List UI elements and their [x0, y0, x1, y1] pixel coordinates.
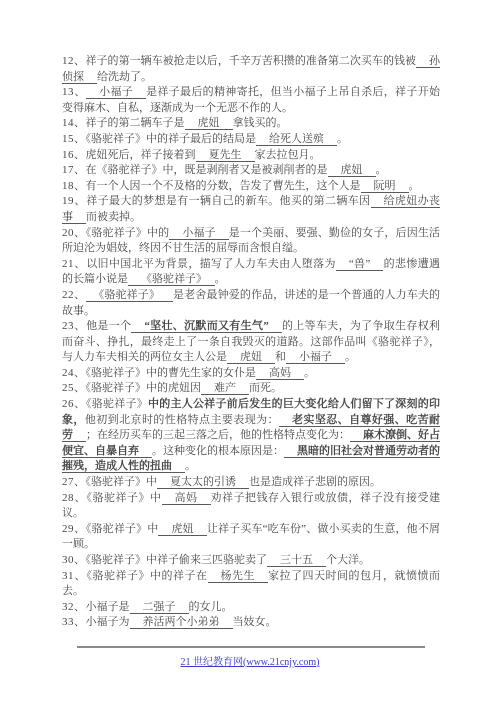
question-text: 。	[337, 133, 348, 145]
answer-blank: 三十五	[267, 554, 326, 567]
question-text: 祥子的第一辆车被抢走以后，千辛万苦积攒的准备第二次买车的钱被	[86, 55, 416, 67]
question-item: 13、小福子是祥子最后的精神寄托，但当小福子上吊自杀后，祥子开始变得麻木、自私，…	[62, 85, 440, 116]
answer-blank: 小福子	[286, 351, 345, 364]
question-text: 小福子为	[86, 616, 130, 628]
question-item: 22、《骆驼祥子》是老舍最钟爱的作品，讲述的是一个普通的人力车夫的故事。	[62, 288, 440, 319]
answer-blank: 虎妞	[185, 117, 233, 130]
answer-blank: 养活两个小弟弟	[130, 616, 233, 629]
answer-blank: 夏太太的引诱	[157, 476, 249, 489]
footer-divider	[77, 646, 425, 648]
answer-blank: 高妈	[256, 367, 304, 380]
answer-blank: “兽”	[336, 258, 383, 271]
answer-blank: 小福子	[86, 86, 146, 99]
question-number: 33、	[62, 616, 86, 628]
answer-blank: 难产	[201, 382, 249, 395]
question-text: 《骆驼祥子》中的祥子最后的结局是	[86, 133, 257, 145]
question-text: 。	[215, 273, 226, 285]
answer-blank: 给死人送殡	[256, 133, 337, 146]
question-number: 17、	[62, 164, 86, 176]
question-text: 《骆驼祥子》中	[86, 476, 158, 488]
footer-site-link[interactable]: 21 世纪教育网(www.21cnjy.com)	[181, 657, 320, 668]
question-item: 32、小福子是二强子的女儿。	[62, 600, 440, 616]
footer: 21 世纪教育网(www.21cnjy.com)	[0, 652, 500, 670]
question-text: 《骆驼祥子》中	[86, 523, 159, 535]
question-text: ；在经历买车的三起三落之后，他的性格特点变化为：	[86, 429, 350, 441]
question-item: 25、《骆驼祥子》中的虎妞因难产而死。	[62, 381, 440, 397]
question-item: 31、《骆驼祥子》中的祥子在杨先生家拉了四天时间的包月，就愤愤而去。	[62, 569, 440, 600]
question-text: 当妓女。	[233, 616, 277, 628]
question-text: 的女儿。	[189, 601, 233, 613]
question-text: 给洗劫了。	[97, 71, 152, 83]
answer-blank: 高妈	[162, 492, 211, 505]
answer-blank: 阮明	[361, 180, 409, 193]
question-item: 20、《骆驼祥子》中的小福子是一个美丽、要强、勤俭的女子，后因生活所迫沦为娼妓，…	[62, 226, 440, 257]
question-text: 祥子的第二辆车子是	[86, 117, 185, 129]
question-text: 《骆驼祥子》中的	[86, 227, 170, 239]
question-text: 《骆驼祥子》中	[87, 492, 162, 504]
question-item: 16、虎妞死后，祥子接着到夏先生家去拉包月。	[62, 148, 440, 164]
question-number: 16、	[62, 149, 86, 161]
question-text: 也是造成祥子悲剧的原因。	[249, 476, 381, 488]
question-number: 18、	[62, 180, 86, 192]
question-item: 19、祥子最大的梦想是有一辆自己的新车。他买的第二辆车因给虎妞办丧事而被卖掉。	[62, 194, 440, 225]
question-text: 个大洋。	[326, 554, 370, 566]
question-item: 21、以旧中国北平为背景，描写了人力车夫由人堕落为“兽”的悲惨遭遇的长篇小说是《…	[62, 257, 440, 288]
question-text: 而被卖掉。	[86, 211, 141, 223]
question-text: 家去拉包月。	[255, 149, 321, 161]
question-text: 。	[185, 460, 196, 472]
question-item: 30、《骆驼祥子》中祥子偷来三匹骆驼卖了三十五个大洋。	[62, 553, 440, 569]
question-text: 。这种变化的根本原因是：	[152, 445, 284, 457]
question-number: 29、	[62, 523, 86, 535]
answer-blank: 《骆驼祥子》	[128, 273, 215, 286]
question-text: 《骆驼祥子》中祥子偷来三匹骆驼卖了	[86, 554, 268, 566]
question-number: 31、	[62, 570, 87, 582]
question-number: 26、	[62, 398, 86, 410]
question-number: 30、	[62, 554, 86, 566]
question-number: 15、	[62, 133, 86, 145]
question-item: 27、《骆驼祥子》中夏太太的引诱也是造成祥子悲剧的原因。	[62, 475, 440, 491]
question-text: 而死。	[249, 382, 282, 394]
question-item: 14、祥子的第二辆车子是虎妞拿钱买的。	[62, 116, 440, 132]
question-number: 22、	[62, 289, 86, 301]
question-item: 15、《骆驼祥子》中的祥子最后的结局是给死人送殡。	[62, 132, 440, 148]
question-text: 《骆驼祥子》中的曹先生家的女仆是	[86, 367, 257, 379]
question-item: 28、《骆驼祥子》中高妈劝祥子把钱存入银行或放债，祥子没有接受建议。	[62, 491, 440, 522]
question-text: 以旧中国北平为背景，描写了人力车夫由人堕落为	[86, 258, 336, 270]
question-item: 24、《骆驼祥子》中的曹先生家的女仆是高妈。	[62, 366, 440, 382]
question-number: 21、	[62, 258, 86, 270]
question-text: 祥子最大的梦想是有一辆自己的新车。他买的第二辆车因	[86, 195, 370, 207]
question-number: 25、	[62, 382, 86, 394]
question-text: 小福子是	[86, 601, 130, 613]
answer-blank: 二强子	[130, 601, 189, 614]
question-number: 23、	[62, 320, 86, 332]
question-text: 。	[376, 164, 387, 176]
answer-blank: 《骆驼祥子》	[86, 289, 173, 302]
worksheet-page: { "page": { "background": "#ffffff", "te…	[0, 0, 500, 707]
question-number: 12、	[62, 55, 86, 67]
answer-blank: “坚壮、沉默而又有生气”	[131, 320, 281, 333]
answer-blank: 夏先生	[196, 149, 255, 162]
question-text: 他是一个	[86, 320, 131, 332]
question-number: 32、	[62, 601, 86, 613]
question-number: 28、	[62, 492, 87, 504]
question-text: 。	[304, 367, 315, 379]
question-text: 他初到北京时的性格特点主要表现为：	[85, 414, 279, 426]
answer-blank: 虎妞	[328, 164, 376, 177]
question-text: 《骆驼祥子》中的祥子在	[87, 570, 208, 582]
question-number: 19、	[62, 195, 86, 207]
question-number: 27、	[62, 476, 86, 488]
question-item: 12、祥子的第一辆车被抢走以后，千辛万苦积攒的准备第二次买车的钱被孙侦探给洗劫了…	[62, 54, 440, 85]
question-text: 《骆驼祥子》	[86, 398, 148, 410]
question-item: 17、在《骆驼祥子》中，既是剥削者又是被剥削者的是虎妞。	[62, 163, 440, 179]
question-text: 拿钱买的。	[233, 117, 288, 129]
question-text: 虎妞死后，祥子接着到	[86, 149, 196, 161]
question-item: 23、他是一个“坚壮、沉默而又有生气”的上等车夫，为了争取生存权利而奋斗、挣扎，…	[62, 319, 440, 366]
question-list: 12、祥子的第一辆车被抢走以后，千辛万苦积攒的准备第二次买车的钱被孙侦探给洗劫了…	[62, 54, 440, 631]
question-number: 14、	[62, 117, 86, 129]
question-item: 29、《骆驼祥子》中虎妞让祥子买车“吃车份”、做小买卖的生意，他不屑一顾。	[62, 522, 440, 553]
question-text: 有一个人因一个不及格的分数，告发了曹先生，这个人是	[86, 180, 361, 192]
answer-blank: 虎妞	[227, 351, 275, 364]
question-number: 24、	[62, 367, 86, 379]
question-text: 在《骆驼祥子》中，既是剥削者又是被剥削者的是	[86, 164, 328, 176]
question-text: 。	[345, 351, 356, 363]
answer-blank: 虎妞	[158, 523, 206, 536]
question-text: 和	[275, 351, 286, 363]
question-item: 26、《骆驼祥子》中的主人公祥子前后发生的巨大变化给人们留下了深刻的印象，他初到…	[62, 397, 440, 475]
answer-blank: 小福子	[169, 227, 228, 240]
question-item: 33、小福子为养活两个小弟弟当妓女。	[62, 615, 440, 631]
question-text: 。	[409, 180, 420, 192]
question-number: 20、	[62, 227, 86, 239]
question-item: 18、有一个人因一个不及格的分数，告发了曹先生，这个人是阮明。	[62, 179, 440, 195]
question-number: 13、	[62, 86, 86, 98]
question-text: 《骆驼祥子》中的虎妞因	[86, 382, 202, 394]
answer-blank: 杨先生	[208, 570, 269, 583]
